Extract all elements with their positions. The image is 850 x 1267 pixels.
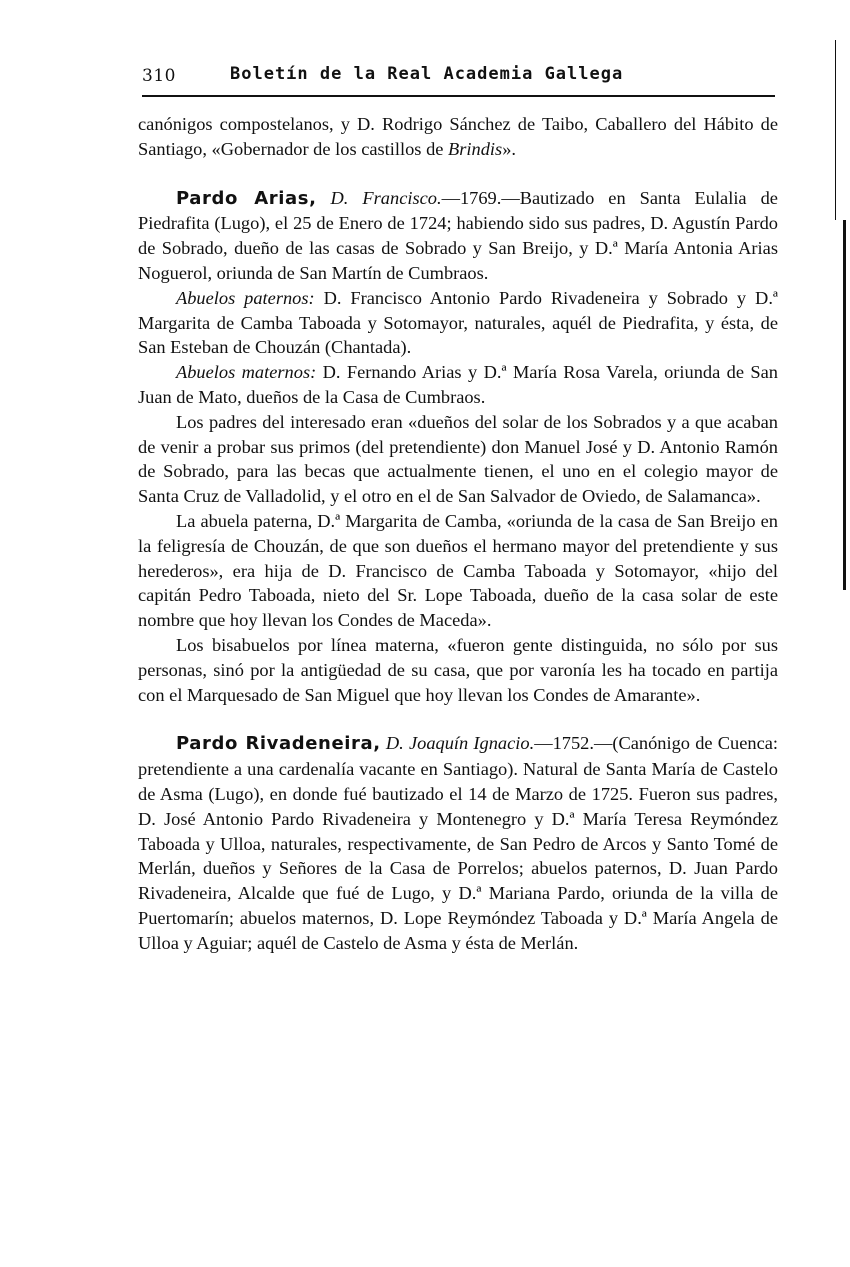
paternal-grandmother-paragraph: La abuela paterna, D.ª Margarita de Camb…: [138, 509, 778, 633]
entry-pardo-rivadeneira: Pardo Rivadeneira, D. Joaquín Ignacio.—1…: [138, 731, 778, 955]
entry-given-name: D. Francisco.: [331, 188, 442, 208]
continuation-paragraph: canónigos compostelanos, y D. Rodrigo Sá…: [138, 112, 778, 162]
great-grandparents-paragraph: Los bisabuelos por línea materna, «fuero…: [138, 633, 778, 707]
paragraph-text: Los bisabuelos por línea materna, «fuero…: [138, 635, 778, 705]
page-edge-shadow-thick: [843, 220, 846, 590]
entry-pardo-arias: Pardo Arias, D. Francisco.—1769.—Bautiza…: [138, 186, 778, 286]
entry-given-name: D. Joaquín Ignacio.: [386, 733, 534, 753]
paragraph-text: La abuela paterna, D.ª Margarita de Camb…: [138, 511, 778, 630]
page-edge-shadow: [835, 40, 836, 220]
header-rule: [142, 95, 775, 97]
document-page: 310 Boletín de la Real Academia Gallega …: [0, 0, 850, 1267]
maternal-grandparents-paragraph: Abuelos maternos: D. Fernando Arias y D.…: [138, 360, 778, 410]
paragraph-text: Los padres del interesado eran «dueños d…: [138, 412, 778, 506]
entry-surname: Pardo Rivadeneira,: [176, 733, 381, 754]
running-title: Boletín de la Real Academia Gallega: [230, 64, 623, 84]
running-header: 310 Boletín de la Real Academia Gallega: [142, 64, 772, 94]
paternal-grandparents-paragraph: Abuelos paternos: D. Francisco Antonio P…: [138, 286, 778, 360]
paragraph-label: Abuelos paternos:: [176, 288, 315, 308]
page-body: canónigos compostelanos, y D. Rodrigo Sá…: [138, 112, 778, 956]
page-number: 310: [142, 66, 176, 86]
continuation-end: ».: [502, 139, 516, 159]
parents-paragraph: Los padres del interesado eran «dueños d…: [138, 410, 778, 509]
entry-intro: —1752.—(Canónigo de Cuenca: pretendiente…: [138, 733, 778, 952]
entry-surname: Pardo Arias,: [176, 188, 317, 209]
place-name-italic: Brindis: [448, 139, 502, 159]
paragraph-label: Abuelos maternos:: [176, 362, 316, 382]
